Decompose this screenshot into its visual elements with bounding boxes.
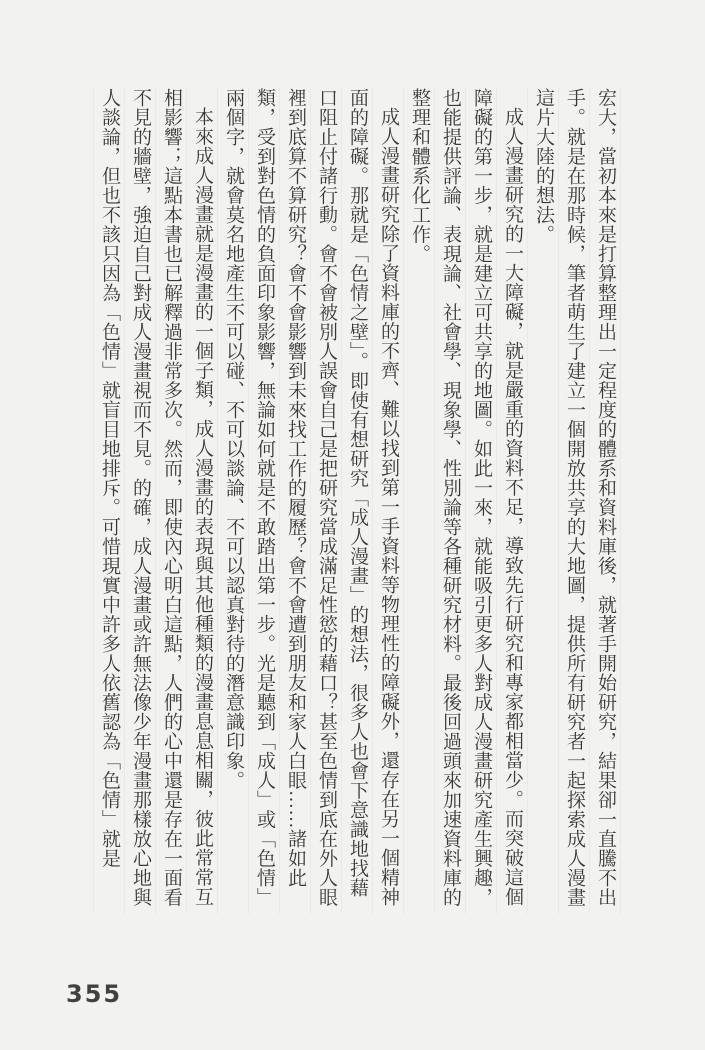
paragraph-1: 宏大，當初本來是打算整理出一定程度的體系和資料庫後，就著手開始研究，結果卻一直騰…: [528, 88, 621, 914]
book-page: 宏大，當初本來是打算整理出一定程度的體系和資料庫後，就著手開始研究，結果卻一直騰…: [0, 0, 705, 1050]
paragraph-2: 成人漫畫研究的一大障礙，就是嚴重的資料不足，導致先行研究和專家都相當少。而突破這…: [404, 88, 528, 914]
paragraph-4: 本來成人漫畫就是漫畫的一個子類，成人漫畫的表現與其他種類的漫畫息息相關，彼此常常…: [94, 88, 218, 914]
page-number: 355: [66, 980, 122, 1008]
text-body: 宏大，當初本來是打算整理出一定程度的體系和資料庫後，就著手開始研究，結果卻一直騰…: [75, 88, 621, 914]
paragraph-3: 成人漫畫研究除了資料庫的不齊、難以找到第一手資料等物理性的障礙外，還存在另一個精…: [218, 88, 404, 914]
